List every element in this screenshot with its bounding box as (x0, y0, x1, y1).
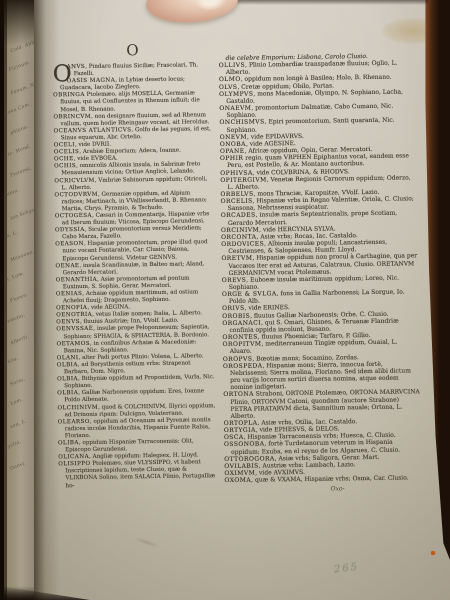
entry-headword: ANVS (67, 64, 86, 70)
entry-body: , vide DVRII. (75, 142, 111, 149)
entry-body: , Austriæ vrbs: Lambach, Lazio. (259, 461, 356, 469)
dictionary-entry: OROSPEDA, Hispaniæ mons; Sierra, innocua… (223, 360, 420, 391)
entry-headword: OLISIPPO (58, 461, 90, 467)
entry-headword: OENAE (55, 263, 79, 269)
dictionary-entry: OBRINGA Ptolemæo, alijs MOSELLA, Germani… (53, 91, 213, 115)
dictionary-entry: ORETVM, Hispaniæ oppidum non procul à Ca… (221, 253, 418, 277)
catchword: Oxo- (331, 485, 422, 493)
entry-headword: OEASON (55, 241, 84, 247)
dictionary-entry: OCTODVRVM, Germaniæ oppidum, ad Alpium r… (54, 190, 214, 214)
entry-body: , Pindaro fluuius Siciliæ; Frascolari, T… (74, 62, 199, 77)
entry-headword: OLEARSO (58, 419, 90, 425)
entry-headword: OENOPIA (56, 305, 87, 311)
dictionary-entry: OLEARSO, oppidum ad Oceanum ad Pyrenæi m… (58, 417, 218, 441)
entry-headword: OLCHINIVM (57, 404, 98, 411)
entry-body: Straboni, ORTONE Ptolemæo, ORTONA MARRVC… (230, 389, 419, 420)
entry-headword: OENOTRIA (56, 312, 92, 319)
entry-headword: OLVS (219, 83, 238, 90)
entry-headword: OLIBA (58, 440, 79, 446)
entry-body: , oppidum Hispaniæ Tarraconensis: Olit, … (65, 438, 194, 453)
section-heading-letter: O (52, 40, 212, 60)
entry-body: , vetus Italiæ nomen; Italia, L. Alberto… (92, 311, 202, 319)
entry-headword: OETAMOS (57, 341, 91, 347)
entry-body: , Hispaniæ promontorium, prope illud quo… (62, 240, 207, 262)
entry-body: , ad Borysthenis ostium vrbs: Strapenot … (64, 360, 191, 375)
dictionary-entry: ORTONA Straboni, ORTONE Ptolemæo, ORTONA… (223, 389, 420, 420)
entry-body: , Galliæ Narbonensis oppidum: Eres, Ioan… (64, 389, 204, 404)
top-edge-shadow (228, 0, 428, 5)
dictionary-entry: OEASON, Hispaniæ promontorium, prope ill… (55, 239, 215, 263)
entry-headword: OXOMA (224, 477, 251, 484)
right-column: die celebre Emporium: Lisbona, Carolo Cl… (219, 52, 422, 494)
entry-headword: OLBIA (57, 376, 78, 382)
entry-headword: OENVSSAE (56, 326, 93, 333)
entry-headword: OROPITVM (223, 341, 262, 349)
entry-headword: OASIS MAGNA (67, 78, 115, 85)
entry-headword: OLANI (57, 355, 79, 361)
entry-headword: ODYSSIA (55, 227, 85, 233)
dictionary-entry: OXOMA, quæ & VXAMA, Hispaniæ vrbs; Osma,… (224, 474, 421, 484)
printed-text-block: O OANVS, Pindaro fluuius Siciliæ; Frasco… (0, 0, 450, 600)
right-column-entries: die celebre Emporium: Lisbona, Carolo Cl… (219, 52, 422, 484)
entry-body: , Hispaniæ oppidum non procul à Carthagi… (228, 253, 417, 277)
entry-headword: OLICANA (58, 454, 89, 460)
entry-headword: OENANTHIA (56, 277, 98, 284)
entry-headword: OCEANVS ATLANTICVS (54, 127, 132, 134)
entry-headword: OCRICVLVM (54, 177, 95, 184)
dictionary-entry: OSSONOBA, fortè Turdetanorum veterum in … (224, 439, 421, 456)
left-column-entries: OANVS, Pindaro fluuius Siciliæ; Frascola… (53, 62, 219, 490)
entry-headword: OCTODVRVM (54, 191, 98, 198)
entry-body: , omnicolis Albionis insula, in Sabrinæ … (61, 162, 200, 177)
entry-body: , insula Scandinauiæ, in Balteo mari; Al… (63, 261, 205, 276)
orange-speck (431, 551, 435, 555)
entry-body: , vide AEGINA. (87, 305, 130, 312)
entry-headword: OBRINGA (53, 92, 85, 98)
entry-headword: OCELIS (54, 149, 79, 155)
book-photograph: Cold. Abba.y Ficinum,Fanum, Nic.Sona Cam… (0, 0, 450, 600)
entry-headword: OLBIA (57, 390, 78, 396)
entry-headword: OCTOGESA (55, 213, 92, 220)
dictionary-entry: OLISIPPO Ptolemæo, siue VLYSSIPPO, vt ha… (58, 459, 218, 490)
left-column: O OANVS, Pindaro fluuius Siciliæ; Frasco… (52, 40, 218, 490)
entry-headword: OCHE (54, 156, 74, 162)
entry-headword: OBRINCVM (53, 114, 91, 121)
entry-headword: OCELI (54, 142, 75, 148)
entry-headword: OCHIS (54, 163, 76, 169)
entry-headword: OENVS (56, 319, 80, 325)
entry-body: , quæ & VXAMA, Hispaniæ vrbs; Osma, Car.… (251, 475, 409, 484)
entry-body: , vide EVBOEA. (74, 156, 118, 163)
entry-body: , Achaiæ oppidum maritimum, ad ostium Ac… (63, 289, 198, 304)
entry-headword: OENIAS (56, 291, 82, 297)
entry-body: , Bithyniæ oppidum ad Propontidem, Vurla… (64, 374, 214, 389)
entry-body: , Arabiæ Emporium; Adeca, Ioanne. (79, 148, 181, 155)
entry-headword: OLBIA (57, 362, 78, 368)
